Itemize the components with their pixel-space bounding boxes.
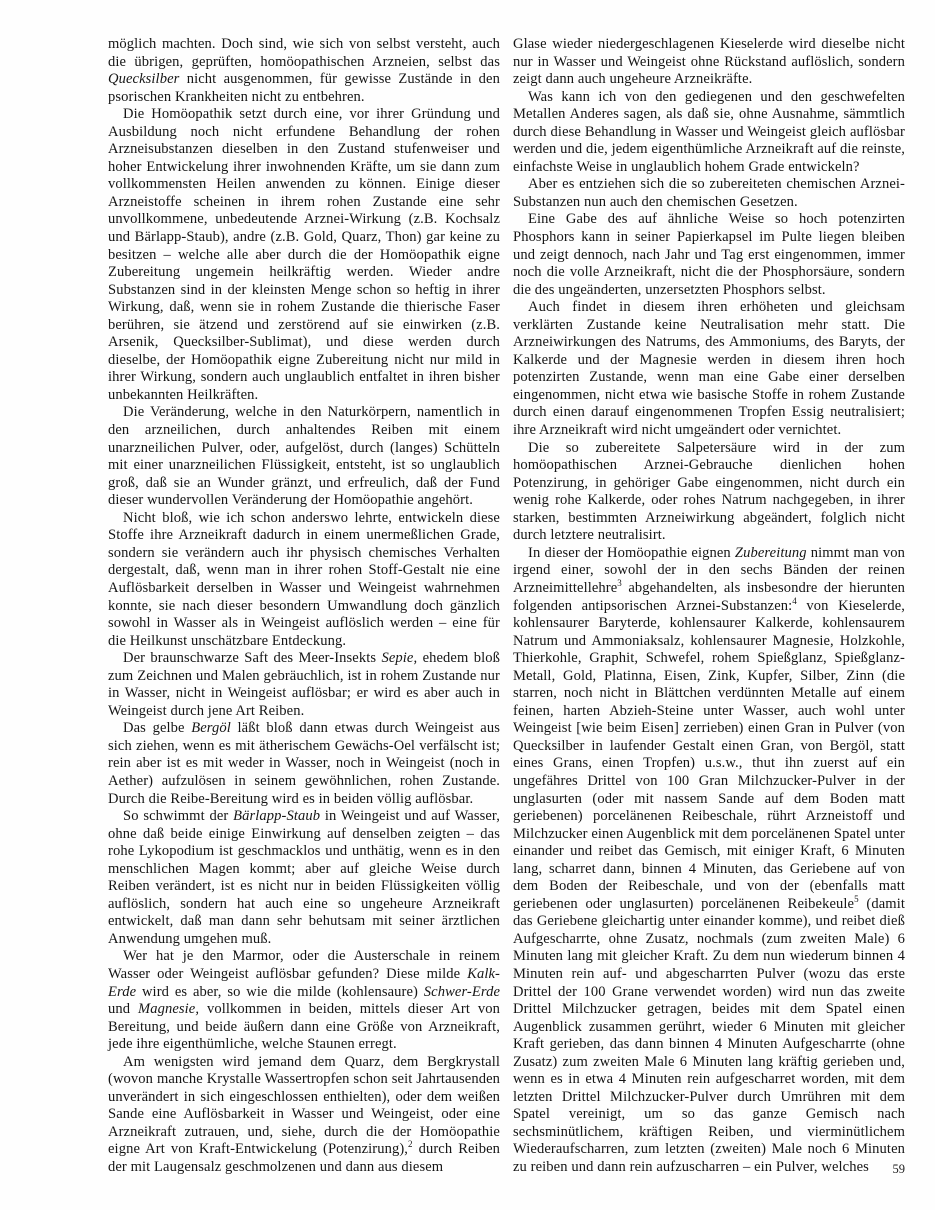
paragraph: Der braunschwarze Saft des Meer-Insekts … [108,650,500,720]
paragraph: Am wenigsten wird jemand dem Quarz, dem … [108,1054,500,1177]
paragraph: Was kann ich von den gediegenen und den … [513,89,905,177]
paragraph: Die Veränderung, welche in den Naturkörp… [108,404,500,509]
paragraph: Die Homöopathik setzt durch eine, vor ih… [108,106,500,404]
paragraph: Die so zubereitete Salpetersäure wird in… [513,440,905,545]
document-page: möglich machten. Doch sind, wie sich von… [0,0,935,1210]
text-column-right: Glase wieder niedergeschlagenen Kieseler… [513,36,905,1177]
paragraph: Auch findet in diesem ihren erhöheten un… [513,299,905,439]
page-number: 59 [893,1162,906,1177]
paragraph: In dieser der Homöopathie eignen Zuberei… [513,545,905,1177]
paragraph: Das gelbe Bergöl läßt bloß dann etwas du… [108,720,500,808]
paragraph: Eine Gabe des auf ähnliche Weise so hoch… [513,211,905,299]
paragraph: Nicht bloß, wie ich schon anderswo lehrt… [108,510,500,650]
paragraph: Glase wieder niedergeschlagenen Kieseler… [513,36,905,89]
paragraph: Wer hat je den Marmor, oder die Austersc… [108,948,500,1053]
text-column-left: möglich machten. Doch sind, wie sich von… [108,36,500,1177]
paragraph: So schwimmt der Bärlapp-Staub in Weingei… [108,808,500,948]
text-columns: möglich machten. Doch sind, wie sich von… [108,36,905,1177]
paragraph: Aber es entziehen sich die so zubereitet… [513,176,905,211]
paragraph: möglich machten. Doch sind, wie sich von… [108,36,500,106]
